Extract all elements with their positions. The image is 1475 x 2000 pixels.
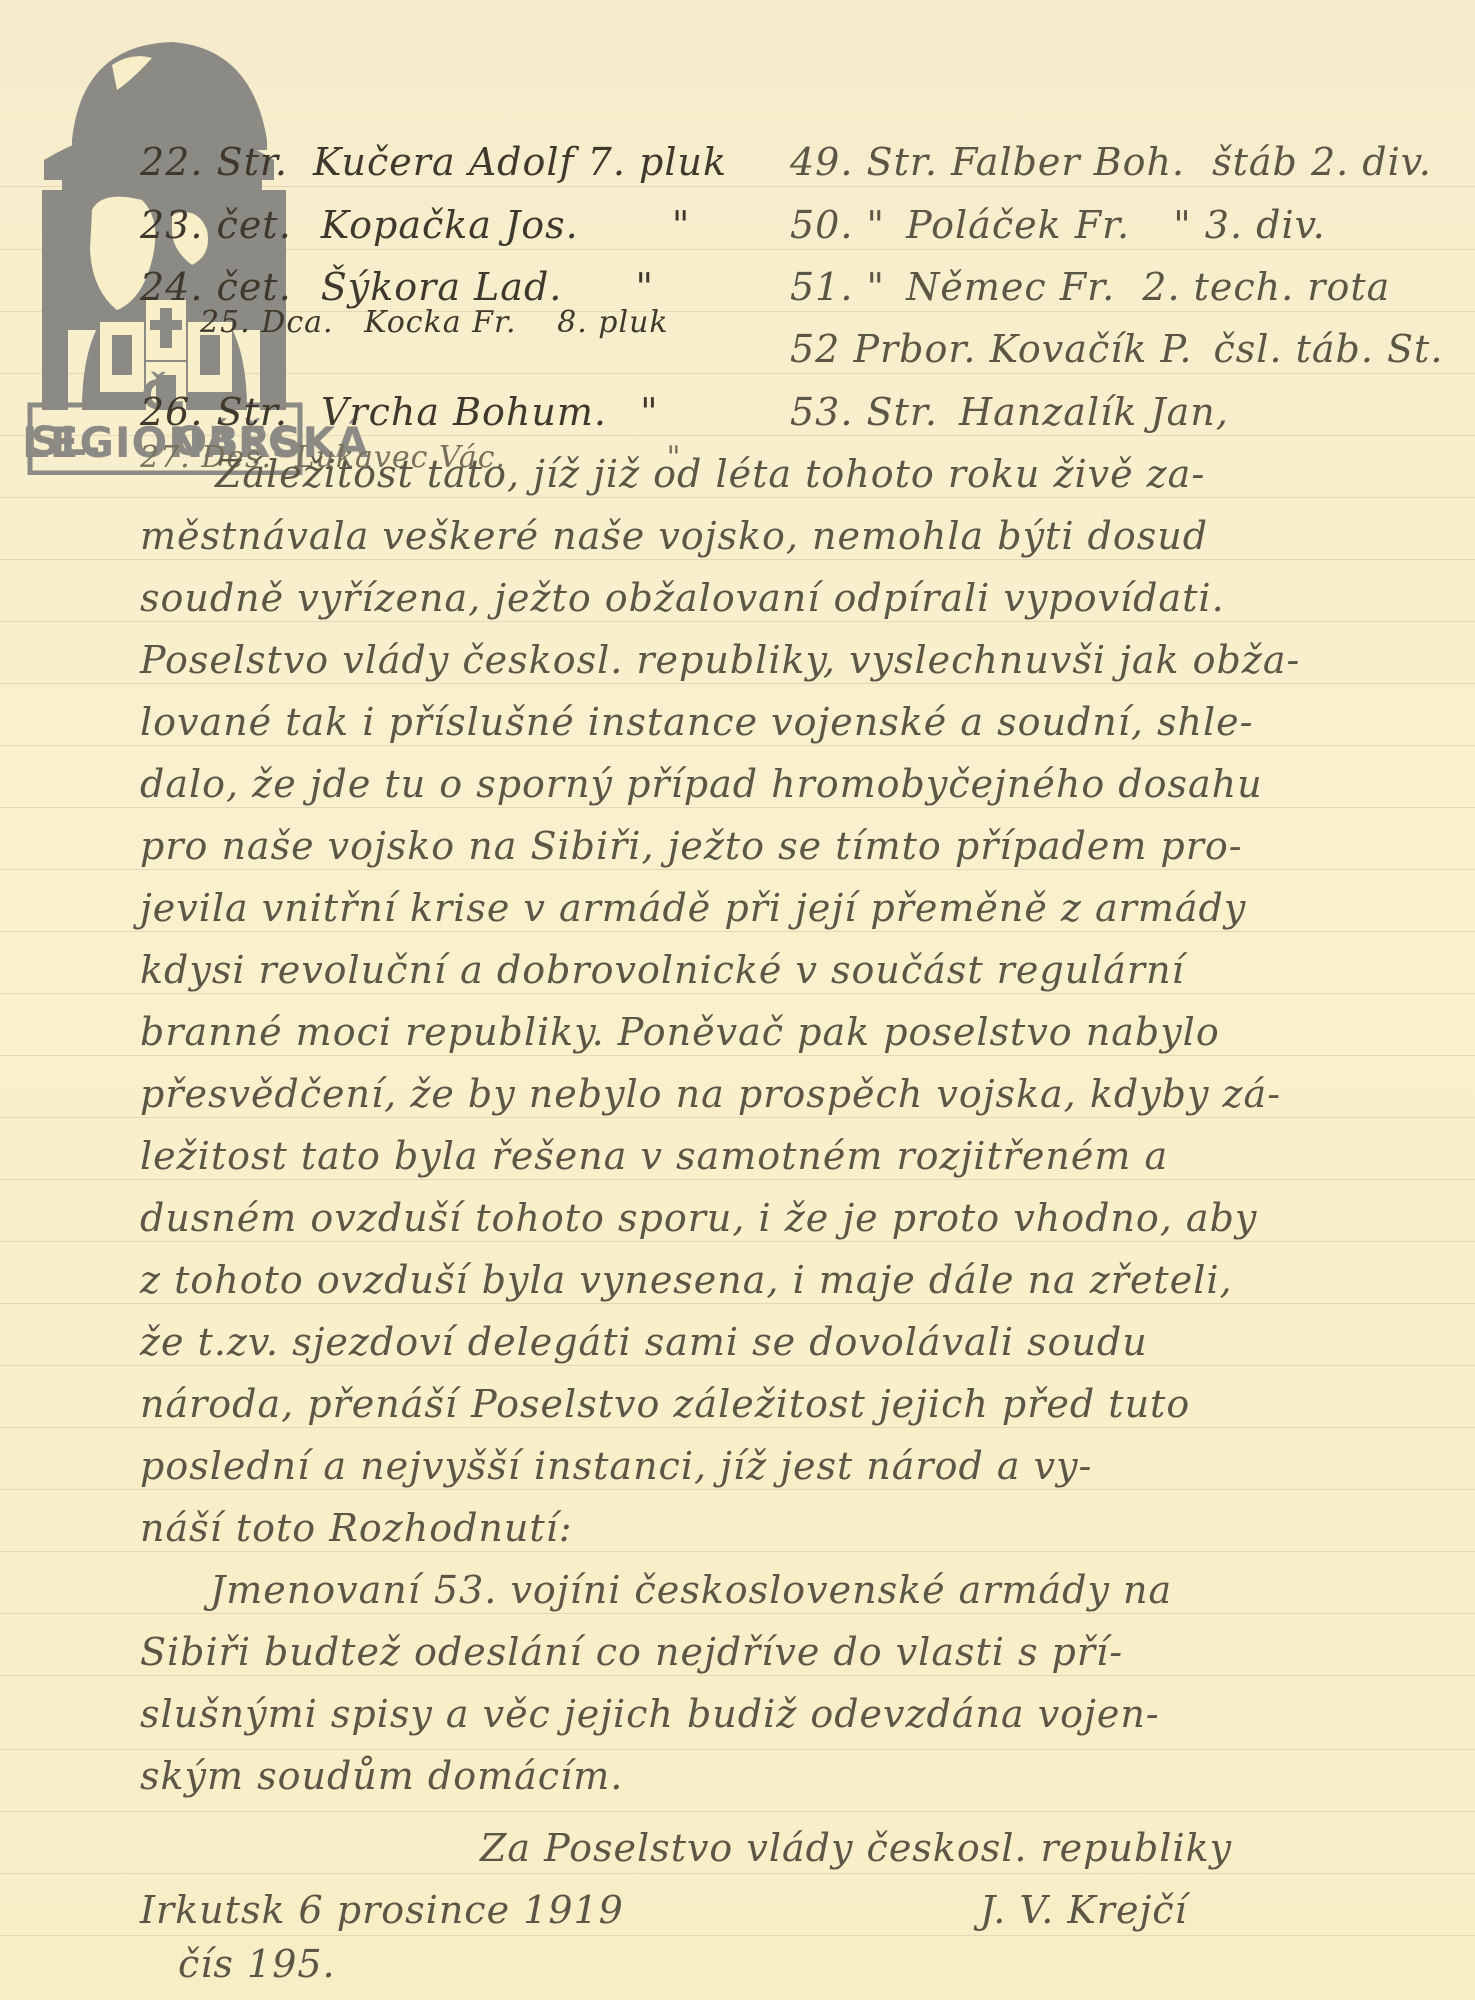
- body-line: Záležitost tato, jíž již od léta tohoto …: [215, 452, 1205, 496]
- body-line: Jmenovaní 53. vojíni československé armá…: [210, 1568, 1172, 1612]
- ruled-line: [0, 1551, 1475, 1552]
- ruled-line: [0, 1811, 1475, 1812]
- roster-entry: 26. Str. Vrcha Bohum. ": [140, 390, 659, 434]
- body-line: že t.zv. sjezdoví delegáti sami se dovol…: [140, 1320, 1148, 1364]
- body-line: dusném ovzduší tohoto sporu, i že je pro…: [140, 1196, 1257, 1240]
- body-line: ským soudům domácím.: [140, 1754, 623, 1798]
- ruled-line: [0, 869, 1475, 870]
- roster-entry: 52 Prbor. Kovačík P. čsl. táb. St.: [790, 327, 1443, 371]
- body-line: náší toto Rozhodnutí:: [140, 1506, 573, 1550]
- ruled-line: [0, 1055, 1475, 1056]
- body-line: jevila vnitřní krise v armádě při její p…: [140, 886, 1246, 930]
- body-line: městnávala veškeré naše vojsko, nemohla …: [140, 514, 1208, 558]
- body-line: národa, přenáší Poselstvo záležitost jej…: [140, 1382, 1190, 1426]
- roster-entry: 51. " Němec Fr. 2. tech. rota: [790, 265, 1390, 309]
- ruled-line: [0, 1179, 1475, 1180]
- ruled-line: [0, 1873, 1475, 1874]
- roster-entry: 53. Str. Hanzalík Jan,: [790, 390, 1229, 434]
- ruled-line: [0, 1241, 1475, 1242]
- ruled-line: [0, 807, 1475, 808]
- body-line: pro naše vojsko na Sibiři, ježto se tímt…: [140, 824, 1243, 868]
- ruled-line: [0, 1365, 1475, 1366]
- body-line: Poselstvo vlády českosl. republiky, vysl…: [140, 638, 1300, 682]
- place-date: Irkutsk 6 prosince 1919: [140, 1888, 624, 1932]
- body-line: ležitost tato byla řešena v samotném roz…: [140, 1134, 1168, 1178]
- ruled-line: [0, 1613, 1475, 1614]
- ruled-line: [0, 497, 1475, 498]
- body-line: soudně vyřízena, ježto obžalovaní odpíra…: [140, 576, 1225, 620]
- ruled-line: [0, 559, 1475, 560]
- ruled-line: [0, 683, 1475, 684]
- roster-entry: 22. Str. Kučera Adolf 7. pluk: [140, 140, 727, 184]
- signature: J. V. Krejčí: [980, 1888, 1188, 1932]
- roster-entry: 25. Dca. Kocka Fr. 8. pluk: [200, 305, 669, 340]
- body-line: dalo, že jde tu o sporný případ hromobyč…: [140, 762, 1263, 806]
- ruled-line: [0, 1749, 1475, 1750]
- body-line: kdysi revoluční a dobrovolnické v součás…: [140, 948, 1185, 992]
- ruled-line: [0, 1427, 1475, 1428]
- roster-entry: 50. " Poláček Fr. " 3. div.: [790, 203, 1326, 247]
- ruled-line: [0, 993, 1475, 994]
- body-line: Sibiři budtež odeslání co nejdříve do vl…: [140, 1630, 1123, 1674]
- body-line: z tohoto ovzduší byla vynesena, i maje d…: [140, 1258, 1233, 1302]
- roster-entry: 24. čet. Šýkora Lad. ": [140, 265, 654, 309]
- body-line: branné moci republiky. Poněvač pak posel…: [140, 1010, 1220, 1054]
- ruled-line: [0, 1935, 1475, 1936]
- reference-number: čís 195.: [178, 1942, 336, 1986]
- body-line: slušnými spisy a věc jejich budiž odevzd…: [140, 1692, 1160, 1736]
- closing-line: Za Poselstvo vlády českosl. republiky: [480, 1826, 1232, 1870]
- body-line: lované tak i příslušné instance vojenské…: [140, 700, 1254, 744]
- roster-entry: 49. Str. Falber Boh. štáb 2. div.: [790, 140, 1432, 184]
- ruled-line: [0, 1675, 1475, 1676]
- ruled-line: [0, 745, 1475, 746]
- ruled-line: [0, 931, 1475, 932]
- ruled-line: [0, 1303, 1475, 1304]
- body-line: poslední a nejvyšší instanci, jíž jest n…: [140, 1444, 1092, 1488]
- ruled-line: [0, 621, 1475, 622]
- body-line: přesvědčení, že by nebylo na prospěch vo…: [140, 1072, 1281, 1116]
- ruled-line: [0, 1489, 1475, 1490]
- roster-entry: 23. čet. Kopačka Jos. ": [140, 203, 690, 247]
- letter-page: Č. SL.OBEC LEGIONÁŘSKÁ 22. Str. Kučera A…: [0, 0, 1475, 2000]
- ruled-line: [0, 1117, 1475, 1118]
